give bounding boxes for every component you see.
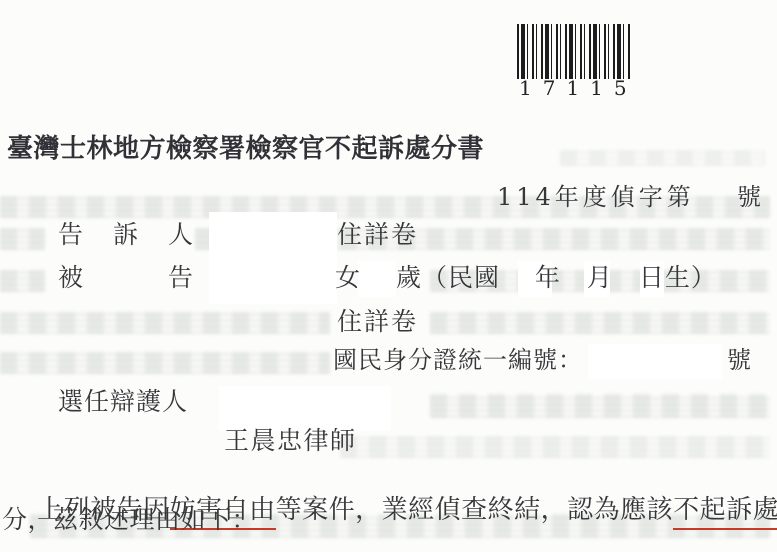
- case-number-prefix: 114年度偵字第: [497, 184, 695, 212]
- redaction-box: [219, 386, 391, 431]
- bleed-through-band: [430, 394, 770, 418]
- bleed-through-band: [0, 312, 330, 334]
- bleed-through-band: [430, 312, 770, 334]
- body-segment-underlined: 不起訴處: [673, 495, 777, 530]
- bleed-through-band: [340, 436, 770, 458]
- body-text-line-2: 分，茲敘述理由如下：: [2, 506, 257, 535]
- defendant-label: 被告: [58, 264, 278, 293]
- bleed-through-band: [0, 270, 45, 292]
- defendant-info: 女 歲（民國 年 月 日生）: [335, 264, 717, 293]
- defendant-residence: 住詳卷: [337, 308, 418, 337]
- body-segment: 等案件，業經偵查終結，認為應該: [276, 495, 674, 525]
- bleed-through-band: [0, 228, 45, 250]
- id-number-label: 國民身分證統一編號：: [333, 347, 583, 375]
- complainant-label: 告訴人: [58, 221, 223, 250]
- scanned-document-page: 17115 臺灣士林地方檢察署檢察官不起訴處分書 114年度偵字第 號 告訴人 …: [0, 0, 777, 552]
- complainant-residence: 住詳卷: [337, 221, 418, 250]
- bleed-through-band: [560, 150, 765, 166]
- document-title: 臺灣士林地方檢察署檢察官不起訴處分書: [7, 135, 484, 165]
- barcode-image: [517, 24, 630, 79]
- defense-counsel-label: 選任辯護人: [58, 388, 188, 417]
- id-number-suffix: 號: [727, 347, 751, 375]
- defense-counsel-name: 王晨忠律師: [224, 427, 357, 456]
- bleed-through-band: [0, 352, 330, 374]
- case-number-suffix: 號: [737, 184, 761, 212]
- barcode-number: 17115: [519, 77, 638, 100]
- redaction-box: [588, 344, 722, 379]
